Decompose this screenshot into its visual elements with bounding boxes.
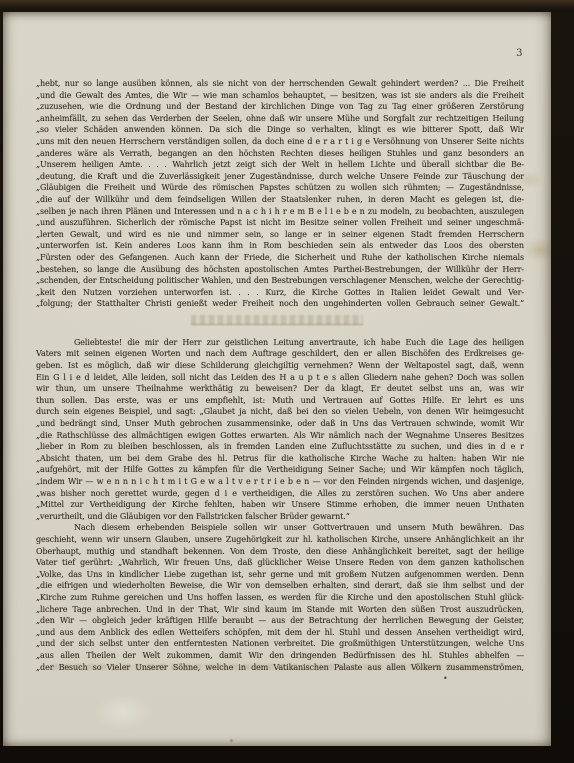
text-line: „deutung, die Kraft und die Zuverlässigk… [36, 171, 524, 183]
text-line: Oberhaupt, muthig und standhaft bekennen… [36, 546, 524, 558]
text-line: „Gläubigen die Freiheit und Würde des rö… [36, 182, 524, 194]
text-line: „aus allen Theilen der Welt zukommen, da… [36, 650, 524, 662]
paper-speck [230, 739, 233, 742]
bleed-through-divider [191, 315, 363, 325]
scanned-page: 3 „hebt, nur so lange ausüben können, al… [3, 12, 551, 746]
text-line: „Mittel zur Vertheidigung der Kirche feh… [36, 499, 524, 511]
text-line: „und die Gewalt des Amtes, die Wir — wie… [36, 90, 524, 102]
text-line: „zuzusehen, wie die Ordnung und der Best… [36, 101, 524, 113]
paragraph: Geliebteste! die mir der Herr zur geistl… [36, 337, 524, 523]
paragraph: Nach diesem erhebenden Beispiele sollen … [36, 522, 524, 673]
text-line: „Fürsten oder des Gefangenen. Auch kann … [36, 252, 524, 264]
text-line: „was bisher noch gerettet wurde, gegen d… [36, 488, 524, 500]
text-line: „aufgehört, mit der Hilfe Gottes zu kämp… [36, 464, 524, 476]
bleed-through-line [51, 664, 503, 670]
text-line: „und bedrängt sind, Unser Muth gebrochen… [36, 418, 524, 430]
text-line: „lieber in Rom zu bleiben beschlossen, a… [36, 441, 524, 453]
text-line: „uns mit den neuen Herrschern verständig… [36, 136, 524, 148]
text-line: „Unserem heiligen Amte. . . . Wahrlich j… [36, 159, 524, 171]
text-line: Vater tief gerührt: „Wahrlich, Wir freue… [36, 557, 524, 569]
text-line: „Volke, das Uns in kindlicher Liebe zuge… [36, 569, 524, 581]
text-line: „lerten Gewalt, und wird es nie und nimm… [36, 229, 524, 241]
text-line: „Kirche zum Ruhme gereichen und Uns hoff… [36, 592, 524, 604]
text-line: „Absicht thaten, um bei dem Grabe des hl… [36, 453, 524, 465]
text-line: wir thun, um unsere Theilnahme werkthäti… [36, 383, 524, 395]
text-line: „folgung; der Statthalter Christi genieß… [36, 298, 524, 310]
text-line: „die auf der Willkühr und dem feindselig… [36, 194, 524, 206]
text-line: „unterworfen ist. Kein anderes Loos kann… [36, 240, 524, 252]
text-line: „bestehen, so lange die Ausübung des höc… [36, 264, 524, 276]
text-line: durch sein eigenes Beispiel, und sagt: „… [36, 406, 524, 418]
text-line: „so vieler Schäden anwenden können. Da s… [36, 124, 524, 136]
text-line: geben. Ist es möglich, daß wir diese Sch… [36, 360, 524, 372]
text-line: Ein G l i e d leidet, Alle leiden, soll … [36, 372, 524, 384]
text-line: Geliebteste! die mir der Herr zur geistl… [36, 337, 524, 349]
text-column: „hebt, nur so lange ausüben können, als … [36, 78, 524, 673]
page-number: 3 [36, 48, 526, 59]
text-line: „verurtheilt, und die Gläubigen vor den … [36, 511, 524, 523]
text-line: „indem Wir — w e n n n i c h t m i t G e… [36, 476, 524, 488]
text-line: „anheimfällt, zu sehen das Verderben der… [36, 113, 524, 125]
text-line: „hebt, nur so lange ausüben können, als … [36, 78, 524, 90]
text-line: „und der sich selbst unter den entfernte… [36, 638, 524, 650]
text-line: „die eifrigen und wiederholten Beweise, … [36, 580, 524, 592]
footnote-mark: • [443, 674, 448, 683]
text-line: „den Wir — obgleich jeder kräftigen Hilf… [36, 615, 524, 627]
text-line: „schenden, der Entscheidung politischer … [36, 275, 524, 287]
text-line: Nach diesem erhebenden Beispiele sollen … [36, 522, 524, 534]
text-line: Vaters mit seinen eigenen Worten und nac… [36, 348, 524, 360]
text-line: „selben je nach ihren Plänen und Interes… [36, 206, 524, 218]
text-line: „anderes wäre als Verrath, begangen an d… [36, 148, 524, 160]
text-line: „lichere Tage anbrechen. Und in der That… [36, 604, 524, 616]
text-line: geschieht, wenn wir unsern Glauben, unse… [36, 534, 524, 546]
text-line: „die Rathschlüsse des allmächtigen ewige… [36, 430, 524, 442]
text-line: thun sollen. Das erste, was er uns empfi… [36, 395, 524, 407]
text-line: „keit den Nutzen vorziehen unterworfen i… [36, 287, 524, 299]
text-line: „und auszuführen. Sicherlich der römisch… [36, 217, 524, 229]
text-line: „und aus dem Anblick des edlen Wetteifer… [36, 627, 524, 639]
paragraph: „hebt, nur so lange ausüben können, als … [36, 78, 524, 310]
scanned-book-photo: { "page": { "number": "3", "footnote_mar… [0, 0, 574, 763]
